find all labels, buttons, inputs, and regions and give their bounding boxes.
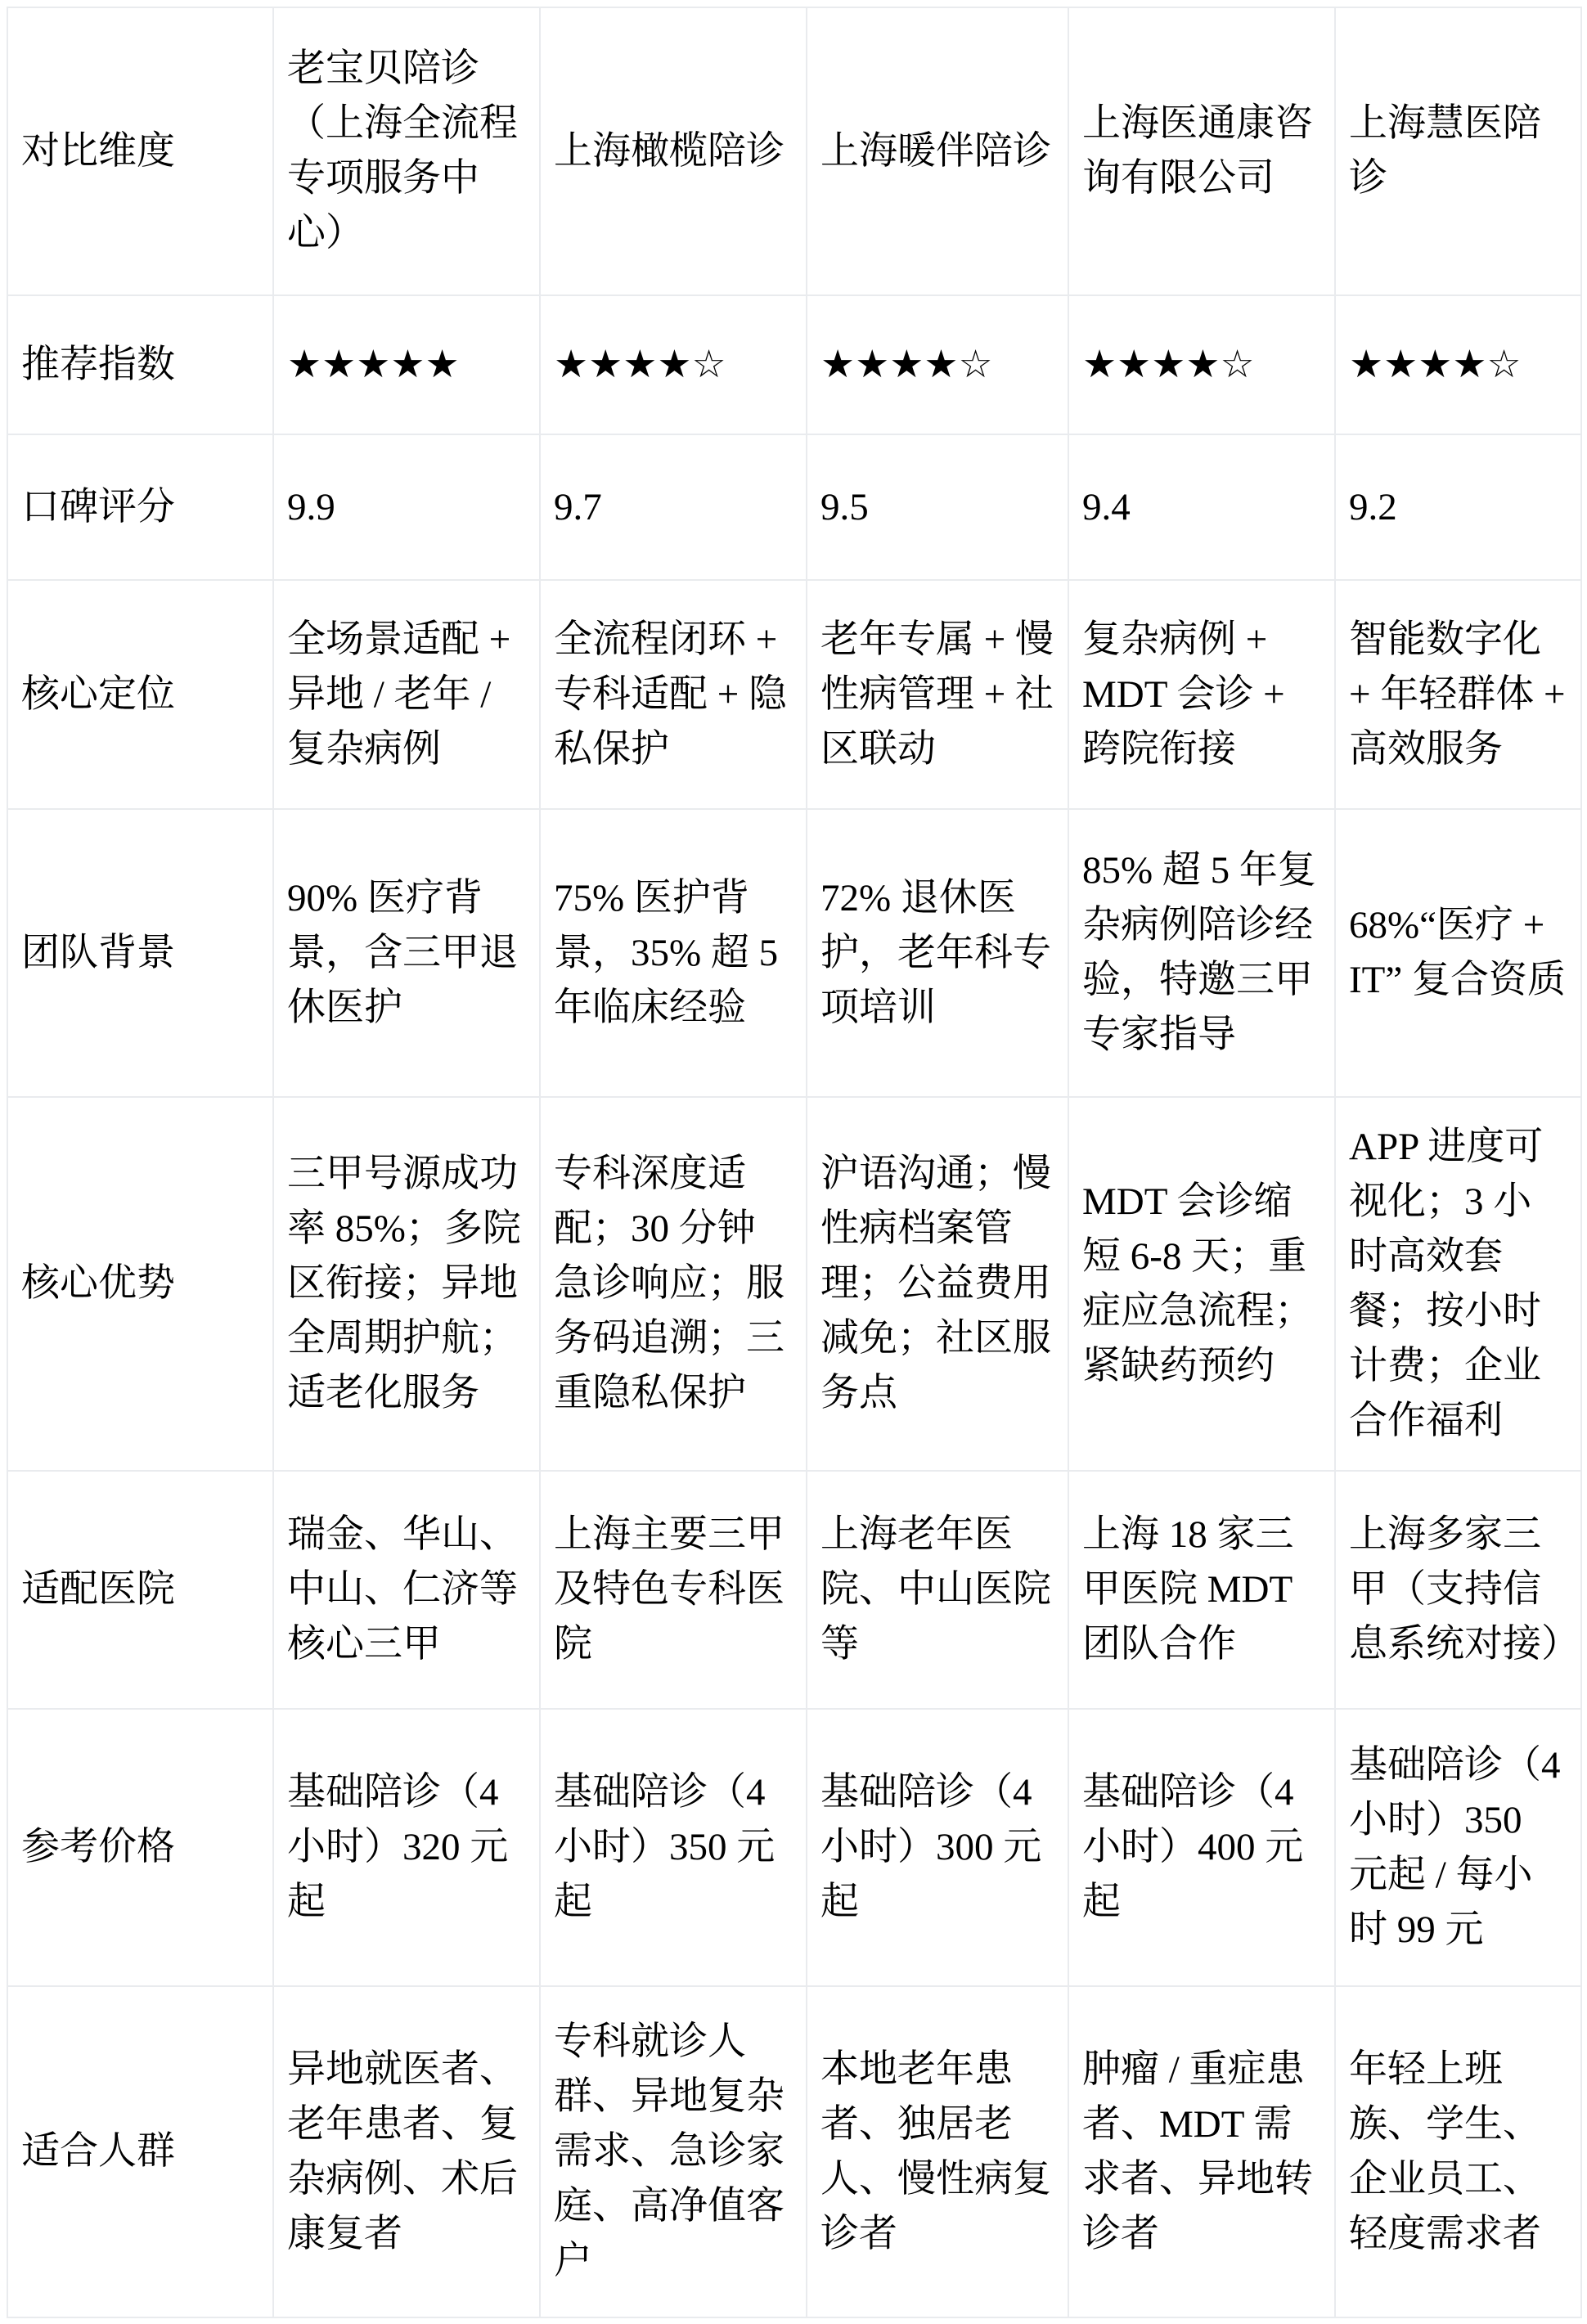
cell: 上海主要三甲及特色专科医院 — [540, 1471, 807, 1709]
star-rating: ★★★★☆ — [1068, 295, 1335, 434]
table-row-rating: 推荐指数 ★★★★★ ★★★★☆ ★★★★☆ ★★★★☆ ★★★★☆ — [7, 295, 1581, 434]
header-cell-dimension: 对比维度 — [7, 7, 273, 295]
cell: APP 进度可视化；3 小时高效套餐；按小时计费；企业合作福利 — [1335, 1097, 1581, 1471]
cell: 85% 超 5 年复杂病例陪诊经验，特邀三甲专家指导 — [1068, 809, 1335, 1097]
price-cell: 基础陪诊（4 小时）400 元起 — [1068, 1709, 1335, 1986]
cell: 本地老年患者、独居老人、慢性病复诊者 — [807, 1986, 1068, 2317]
cell: 专科深度适配；30 分钟急诊响应；服务码追溯；三重隐私保护 — [540, 1097, 807, 1471]
star-rating: ★★★★☆ — [807, 295, 1068, 434]
score-cell: 9.5 — [807, 434, 1068, 580]
cell: 三甲号源成功率 85%；多院区衔接；异地全周期护航；适老化服务 — [273, 1097, 540, 1471]
cell: 异地就医者、老年患者、复杂病例、术后康复者 — [273, 1986, 540, 2317]
table-row-hospitals: 适配医院 瑞金、华山、中山、仁济等核心三甲 上海主要三甲及特色专科医院 上海老年… — [7, 1471, 1581, 1709]
row-label-team: 团队背景 — [7, 809, 273, 1097]
score-cell: 9.4 — [1068, 434, 1335, 580]
star-rating: ★★★★★ — [273, 295, 540, 434]
cell: 上海老年医院、中山医院等 — [807, 1471, 1068, 1709]
table-header-row: 对比维度 老宝贝陪诊（上海全流程专项服务中心） 上海橄榄陪诊 上海暖伴陪诊 上海… — [7, 7, 1581, 295]
table-row-positioning: 核心定位 全场景适配 + 异地 / 老年 / 复杂病例 全流程闭环 + 专科适配… — [7, 580, 1581, 809]
cell: 年轻上班族、学生、企业员工、轻度需求者 — [1335, 1986, 1581, 2317]
cell: 瑞金、华山、中山、仁济等核心三甲 — [273, 1471, 540, 1709]
score-cell: 9.7 — [540, 434, 807, 580]
cell: 68%“医疗 + IT” 复合资质 — [1335, 809, 1581, 1097]
row-label-target-users: 适合人群 — [7, 1986, 273, 2317]
row-label-score: 口碑评分 — [7, 434, 273, 580]
table-row-team: 团队背景 90% 医疗背景，含三甲退休医护 75% 医护背景，35% 超 5 年… — [7, 809, 1581, 1097]
table-row-target-users: 适合人群 异地就医者、老年患者、复杂病例、术后康复者 专科就诊人群、异地复杂需求… — [7, 1986, 1581, 2317]
row-label-hospitals: 适配医院 — [7, 1471, 273, 1709]
header-cell-provider-1: 老宝贝陪诊（上海全流程专项服务中心） — [273, 7, 540, 295]
table-row-advantages: 核心优势 三甲号源成功率 85%；多院区衔接；异地全周期护航；适老化服务 专科深… — [7, 1097, 1581, 1471]
cell: 90% 医疗背景，含三甲退休医护 — [273, 809, 540, 1097]
cell: 智能数字化 + 年轻群体 + 高效服务 — [1335, 580, 1581, 809]
score-cell: 9.2 — [1335, 434, 1581, 580]
row-label-price: 参考价格 — [7, 1709, 273, 1986]
cell: 老年专属 + 慢性病管理 + 社区联动 — [807, 580, 1068, 809]
header-cell-provider-5: 上海慧医陪诊 — [1335, 7, 1581, 295]
header-cell-provider-3: 上海暖伴陪诊 — [807, 7, 1068, 295]
star-rating: ★★★★☆ — [1335, 295, 1581, 434]
header-cell-provider-2: 上海橄榄陪诊 — [540, 7, 807, 295]
cell: 上海多家三甲（支持信息系统对接） — [1335, 1471, 1581, 1709]
table-row-price: 参考价格 基础陪诊（4 小时）320 元起 基础陪诊（4 小时）350 元起 基… — [7, 1709, 1581, 1986]
cell: 复杂病例 + MDT 会诊 + 跨院衔接 — [1068, 580, 1335, 809]
cell: 全流程闭环 + 专科适配 + 隐私保护 — [540, 580, 807, 809]
table-row-score: 口碑评分 9.9 9.7 9.5 9.4 9.2 — [7, 434, 1581, 580]
cell: 上海 18 家三甲医院 MDT 团队合作 — [1068, 1471, 1335, 1709]
row-label-rating: 推荐指数 — [7, 295, 273, 434]
row-label-advantages: 核心优势 — [7, 1097, 273, 1471]
cell: 专科就诊人群、异地复杂需求、急诊家庭、高净值客户 — [540, 1986, 807, 2317]
star-rating: ★★★★☆ — [540, 295, 807, 434]
cell: 全场景适配 + 异地 / 老年 / 复杂病例 — [273, 580, 540, 809]
score-cell: 9.9 — [273, 434, 540, 580]
row-label-positioning: 核心定位 — [7, 580, 273, 809]
cell: 72% 退休医护，老年科专项培训 — [807, 809, 1068, 1097]
cell: 肿瘤 / 重症患者、MDT 需求者、异地转诊者 — [1068, 1986, 1335, 2317]
cell: MDT 会诊缩短 6-8 天；重症应急流程；紧缺药预约 — [1068, 1097, 1335, 1471]
header-cell-provider-4: 上海医通康咨询有限公司 — [1068, 7, 1335, 295]
cell: 75% 医护背景，35% 超 5 年临床经验 — [540, 809, 807, 1097]
price-cell: 基础陪诊（4 小时）350 元起 / 每小时 99 元 — [1335, 1709, 1581, 1986]
comparison-table: 对比维度 老宝贝陪诊（上海全流程专项服务中心） 上海橄榄陪诊 上海暖伴陪诊 上海… — [7, 7, 1582, 2318]
price-cell: 基础陪诊（4 小时）300 元起 — [807, 1709, 1068, 1986]
price-cell: 基础陪诊（4 小时）350 元起 — [540, 1709, 807, 1986]
price-cell: 基础陪诊（4 小时）320 元起 — [273, 1709, 540, 1986]
cell: 沪语沟通；慢性病档案管理；公益费用减免；社区服务点 — [807, 1097, 1068, 1471]
